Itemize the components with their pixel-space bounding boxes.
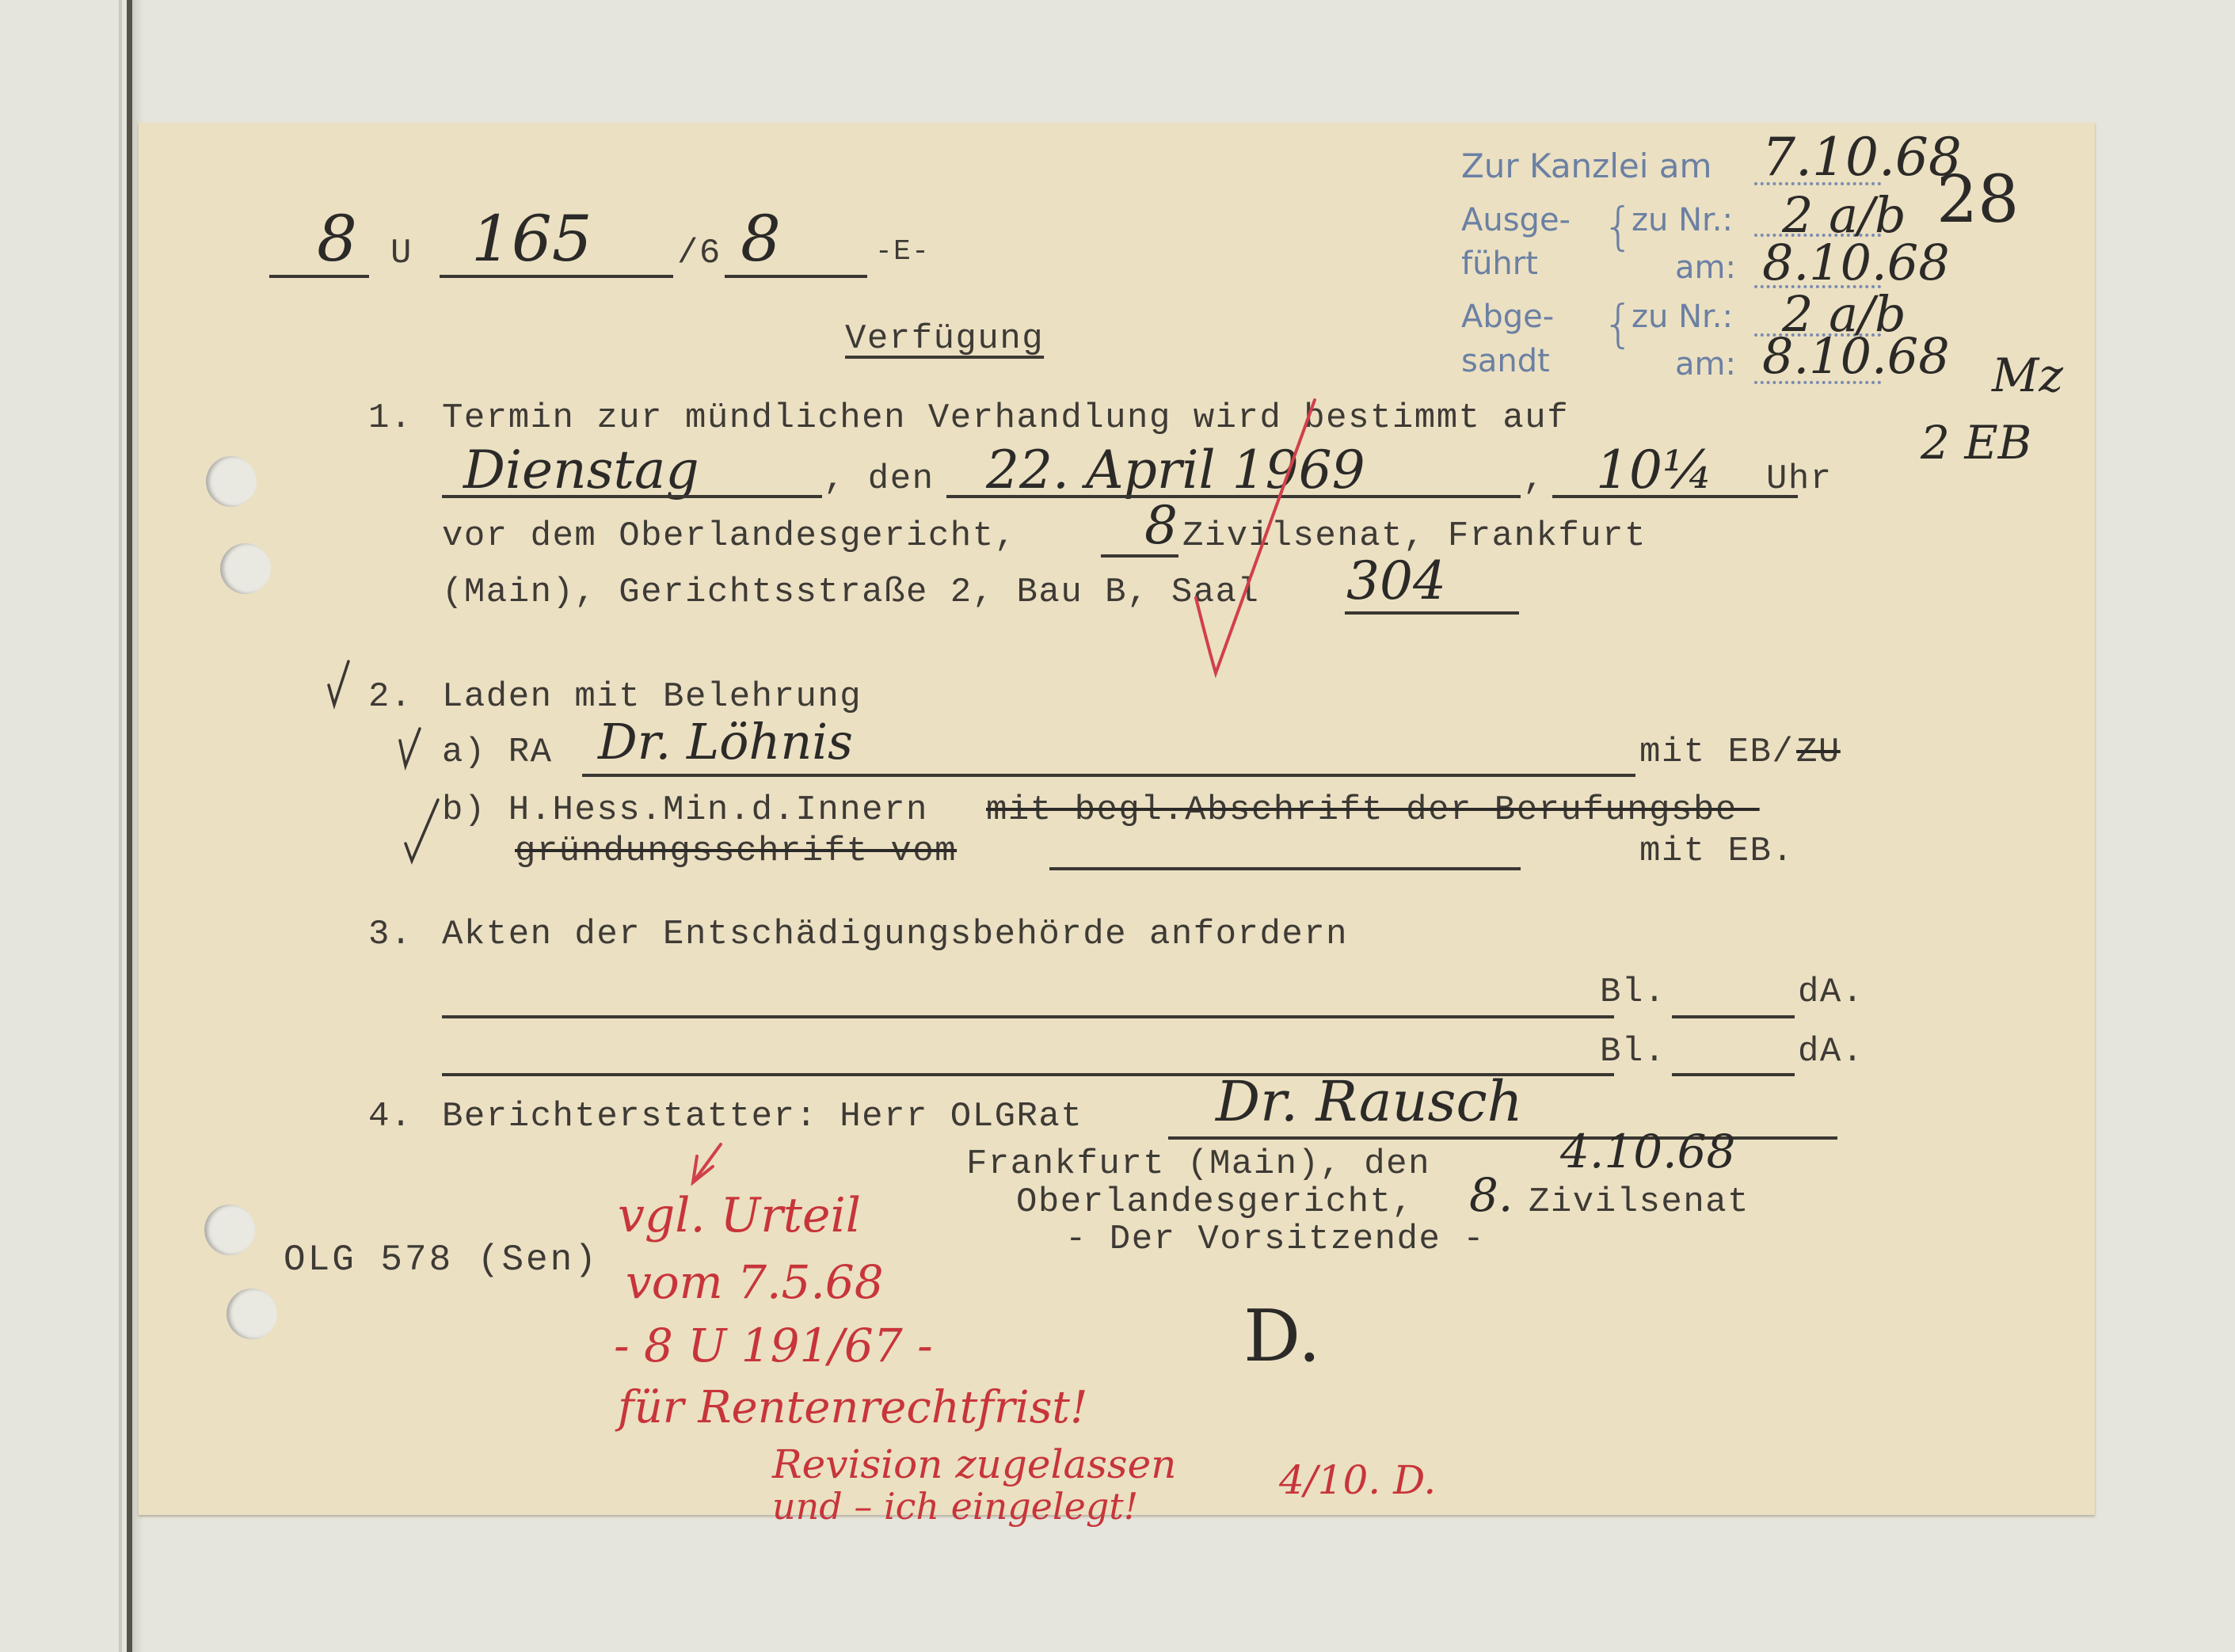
binder-spine-line	[127, 0, 132, 1652]
binder-edge	[119, 0, 122, 1652]
check-mark-icon	[329, 661, 438, 861]
annotation-marks	[139, 123, 2095, 1515]
red-arrow-icon	[693, 1144, 721, 1182]
document-card: 8 U 165 /6 8 -E- Verfügung Zur Kanzlei a…	[139, 123, 2095, 1515]
red-check-icon	[1196, 400, 1315, 673]
